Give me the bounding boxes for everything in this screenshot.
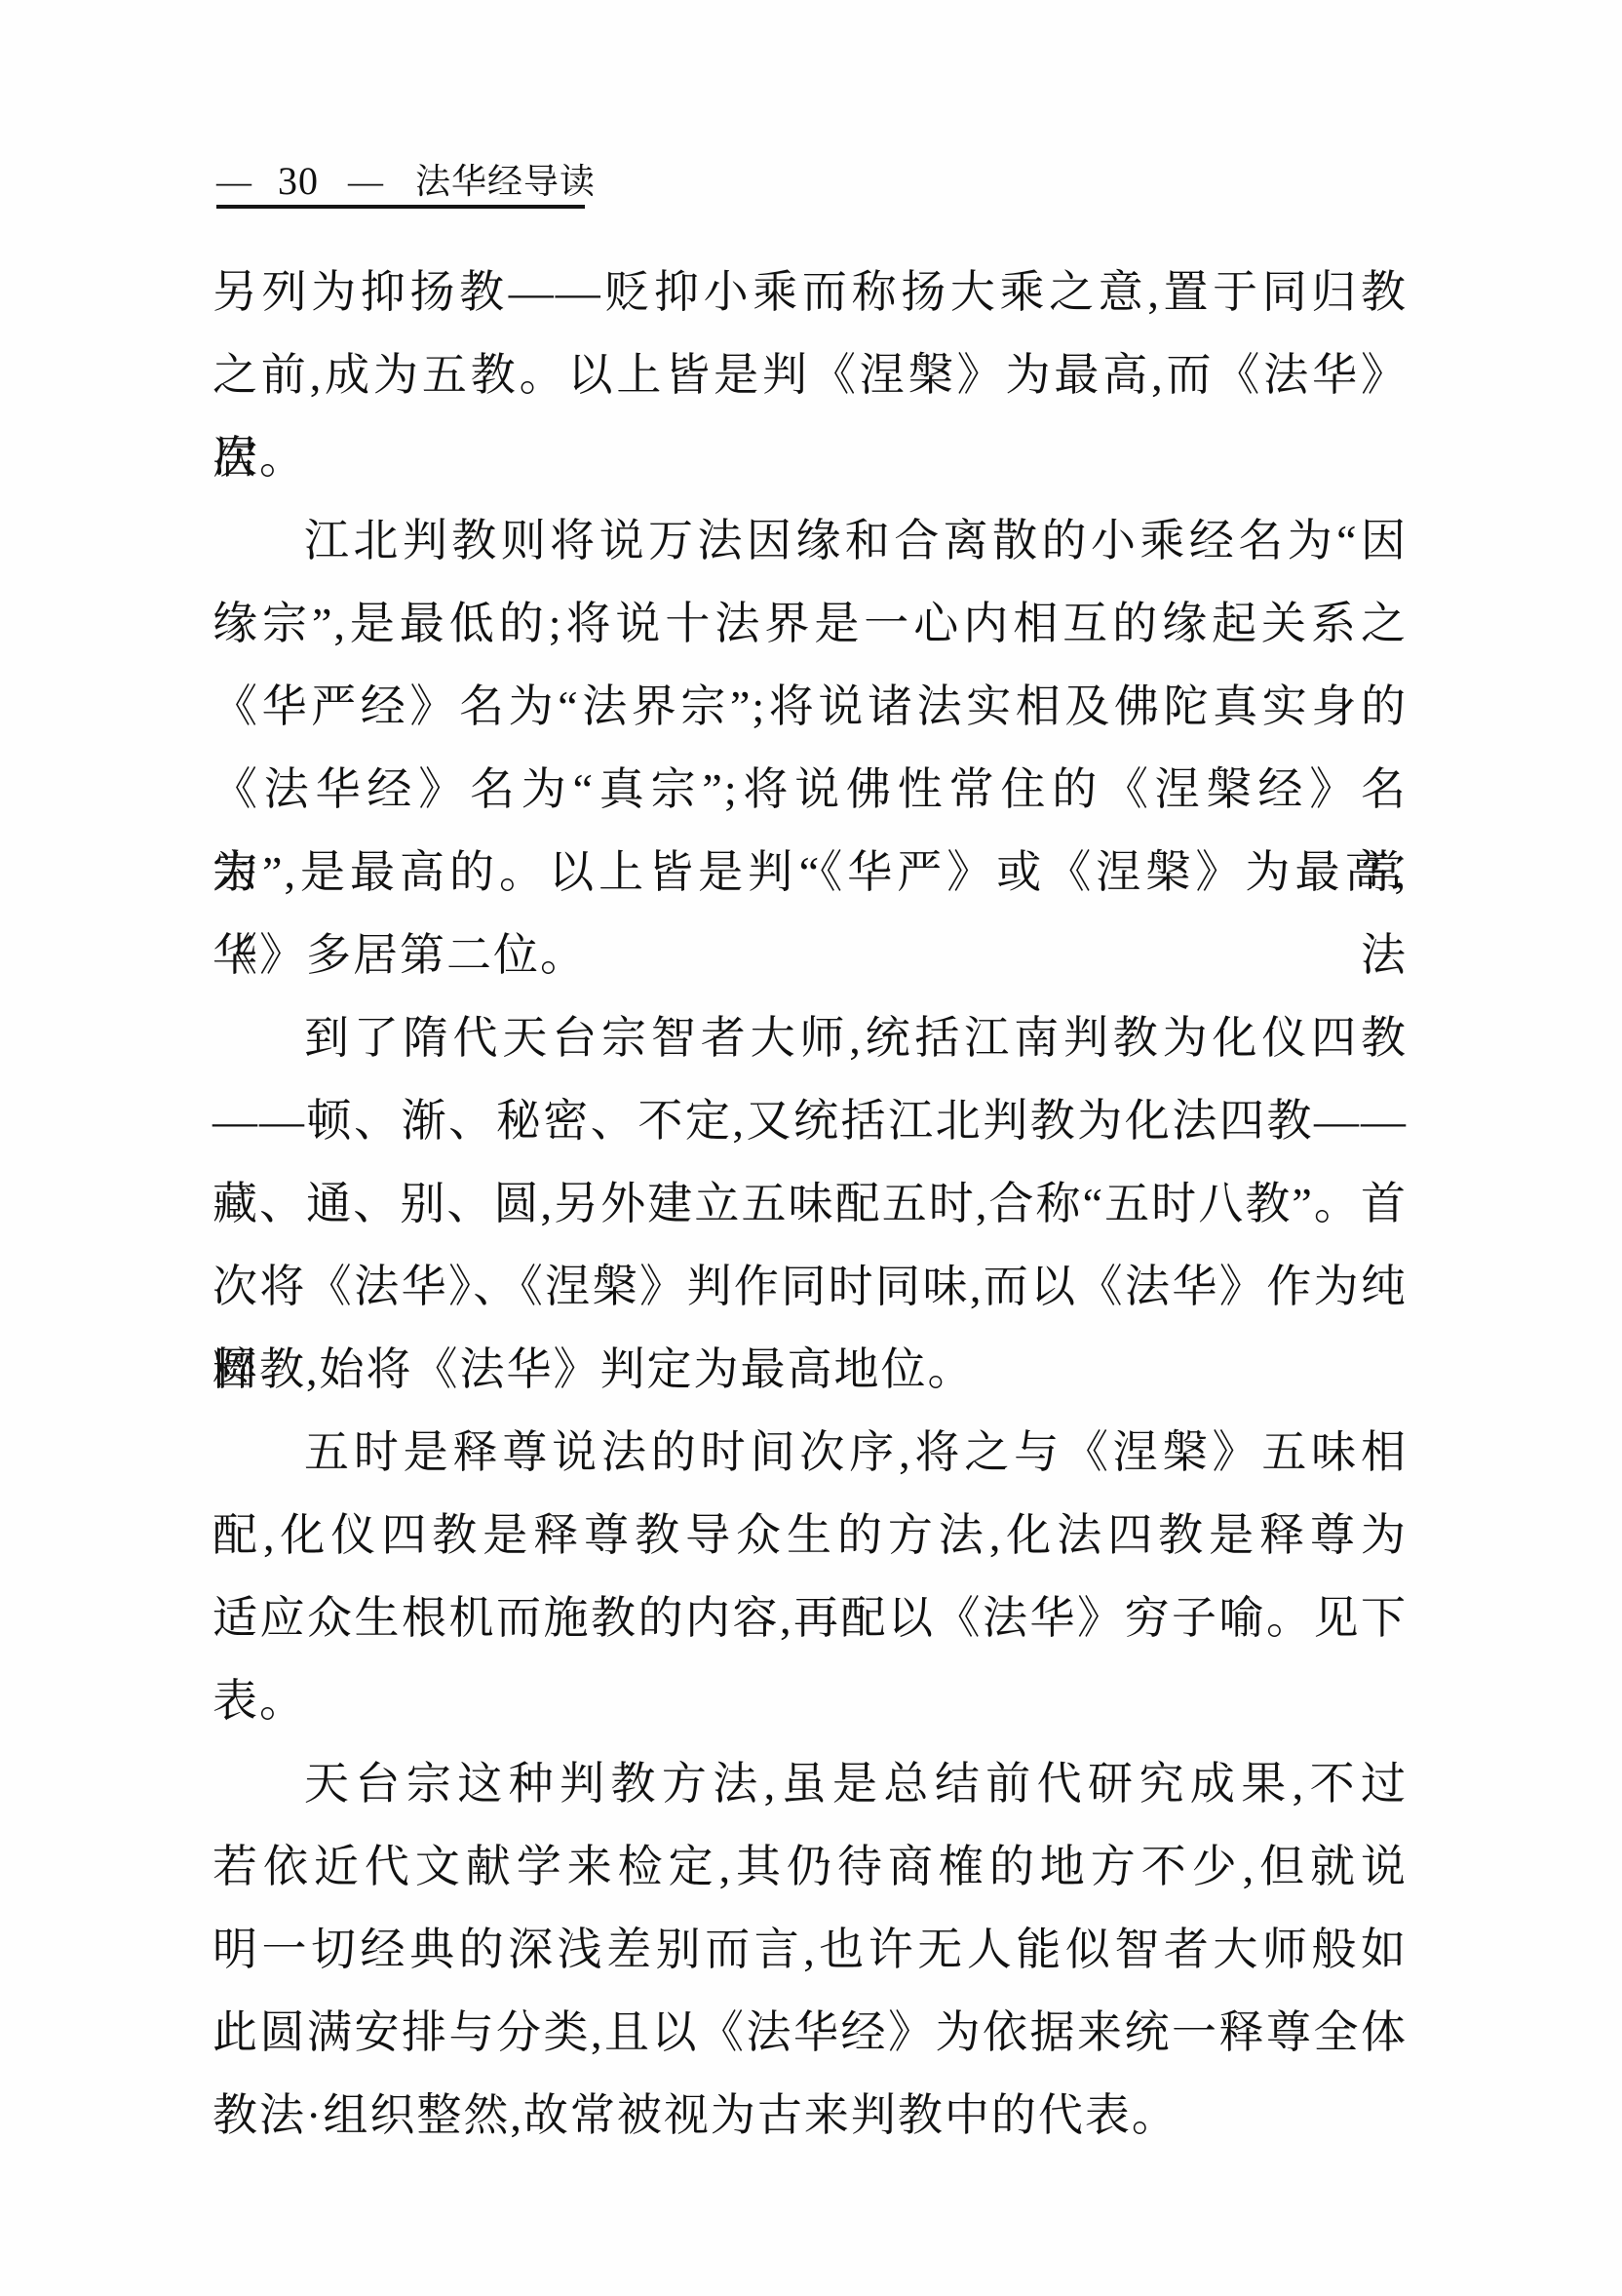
text-line: 适应众生根机而施教的内容,再配以《法华》穷子喻。见下 (212, 1576, 1408, 1659)
text-line: 《华严经》名为“法界宗”;将说诸法实相及佛陀真实身的 (212, 665, 1408, 748)
text-line: 次将《法华》、《涅槃》判作同时同味,而以《法华》作为纯粹 (212, 1245, 1408, 1328)
text-line: 次。 (212, 416, 1408, 499)
text-line: 教法·组织整然,故常被视为古来判教中的代表。 (212, 2074, 1408, 2157)
page-number: 30 (278, 162, 319, 201)
text-line: ——顿、渐、秘密、不定,又统括江北判教为化法四教—— (212, 1079, 1408, 1162)
text-line: 江北判教则将说万法因缘和合离散的小乘经名为“因 (212, 499, 1408, 582)
text-line: 配,化仪四教是释尊教导众生的方法,化法四教是释尊为 (212, 1494, 1408, 1576)
text-line: 五时是释尊说法的时间次序,将之与《涅槃》五味相 (212, 1411, 1408, 1494)
book-page: — 30 — 法华经导读 另列为抑扬教——贬抑小乘而称扬大乘之意,置于同归教 之… (0, 0, 1622, 2296)
text-line: 若依近代文献学来检定,其仍待商榷的地方不少,但就说 (212, 1825, 1408, 1908)
text-line: 此圆满安排与分类,且以《法华经》为依据来统一释尊全体 (212, 1991, 1408, 2074)
text-line: 缘宗”,是最低的;将说十法界是一心内相互的缘起关系之 (212, 582, 1408, 665)
text-line: 圆教,始将《法华》判定为最高地位。 (212, 1328, 1408, 1411)
text-line: 另列为抑扬教——贬抑小乘而称扬大乘之意,置于同归教 (212, 251, 1408, 333)
text-line: 明一切经典的深浅差别而言,也许无人能似智者大师般如 (212, 1908, 1408, 1991)
text-line: 宗”,是最高的。以上皆是判《华严》或《涅槃》为最高,《法 (212, 831, 1408, 914)
header-dash-left: — (216, 162, 252, 201)
text-line: 到了隋代天台宗智者大师,统括江南判教为化仪四教 (212, 996, 1408, 1079)
text-line: 藏、通、别、圆,另外建立五味配五时,合称“五时八教”。首 (212, 1162, 1408, 1245)
header-dash-right: — (348, 162, 384, 201)
running-head: — 30 — 法华经导读 (216, 162, 585, 209)
text-line: 表。 (212, 1659, 1408, 1742)
text-line: 之前,成为五教。以上皆是判《涅槃》为最高,而《法华》居 (212, 333, 1408, 416)
text-line: 《法华经》名为“真宗”;将说佛性常住的《涅槃经》名为“常 (212, 748, 1408, 831)
book-title: 法华经导读 (415, 162, 596, 201)
text-line: 天台宗这种判教方法,虽是总结前代研究成果,不过 (212, 1742, 1408, 1825)
body-text: 另列为抑扬教——贬抑小乘而称扬大乘之意,置于同归教 之前,成为五教。以上皆是判《… (212, 251, 1408, 2157)
